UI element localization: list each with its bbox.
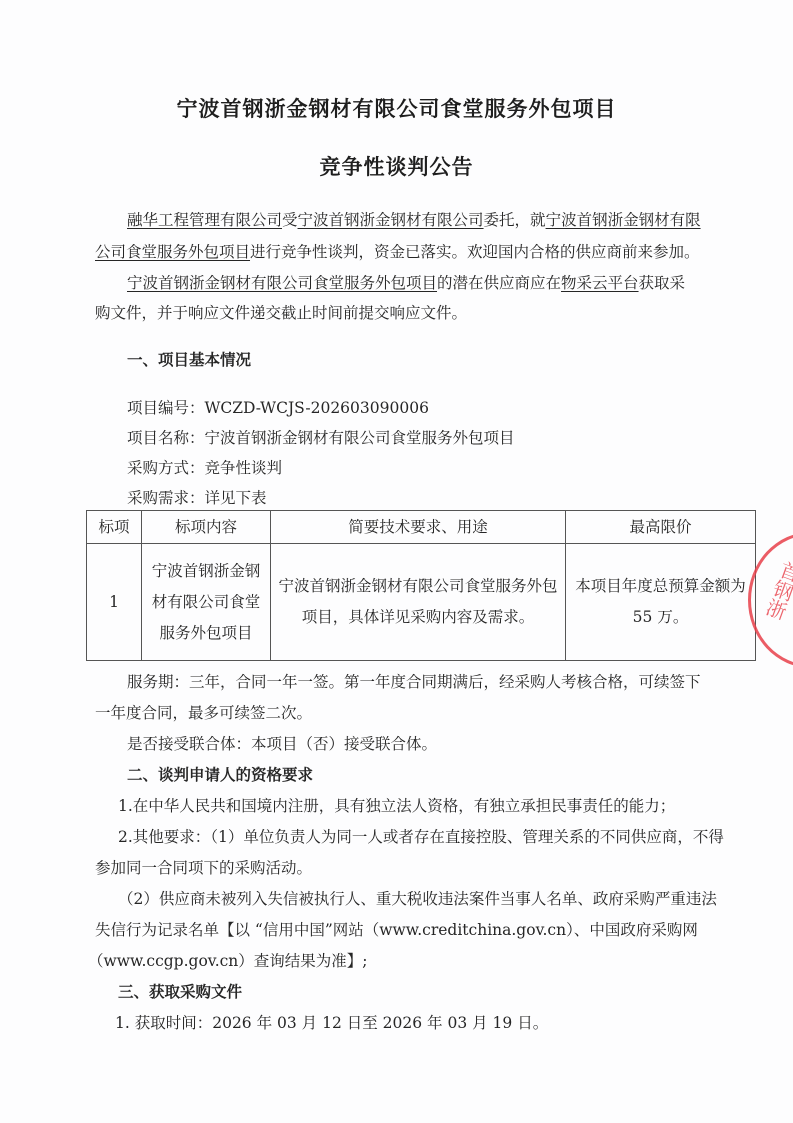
buyer-name: 宁波首钢浙金钢材有限公司 bbox=[298, 211, 484, 229]
intro-paragraph-1-line-2: 公司食堂服务外包项目进行竞争性谈判，资金已落实。欢迎国内合格的供应商前来参加。 bbox=[95, 242, 735, 262]
qualification-item-2-line-5: （www.ccgp.gov.cn）查询结果为准】; bbox=[88, 951, 728, 971]
procurement-demand: 采购需求：详见下表 bbox=[127, 488, 767, 508]
document-page: 宁波首钢浙金钢材有限公司食堂服务外包项目 竞争性谈判公告 融华工程管理有限公司受… bbox=[0, 0, 793, 1123]
intro-paragraph-2-line-1: 宁波首钢浙金钢材有限公司食堂服务外包项目的潜在供应商应在物采云平台获取采 bbox=[127, 273, 767, 293]
document-title: 宁波首钢浙金钢材有限公司食堂服务外包项目 bbox=[0, 93, 793, 123]
qualification-item-2-line-2: 参加同一合同项下的采购活动。 bbox=[95, 858, 735, 878]
consortium-statement: 是否接受联合体：本项目（否）接受联合体。 bbox=[127, 734, 767, 754]
cell-lot: 1 bbox=[87, 544, 142, 661]
table-row: 1 宁波首钢浙金钢材有限公司食堂服务外包项目 宁波首钢浙金钢材有限公司食堂服务外… bbox=[87, 544, 756, 661]
requirements-table: 标项 标项内容 简要技术要求、用途 最高限价 1 宁波首钢浙金钢材有限公司食堂服… bbox=[86, 510, 756, 661]
document-subtitle: 竞争性谈判公告 bbox=[0, 151, 793, 181]
section-1-heading: 一、项目基本情况 bbox=[127, 350, 767, 370]
qualification-item-1: 1.在中华人民共和国境内注册，具有独立法人资格，有独立承担民事责任的能力； bbox=[118, 796, 758, 816]
agency-name: 融华工程管理有限公司 bbox=[127, 211, 282, 229]
service-period-line-2: 一年度合同，最多可续签二次。 bbox=[95, 703, 735, 723]
platform-name: 物采云平台 bbox=[561, 274, 639, 292]
section-2-heading: 二、谈判申请人的资格要求 bbox=[127, 765, 767, 785]
procurement-method: 采购方式：竞争性谈判 bbox=[127, 458, 767, 478]
intro-paragraph-1-line-1: 融华工程管理有限公司受宁波首钢浙金钢材有限公司委托，就宁波首钢浙金钢材有限 bbox=[127, 210, 767, 230]
header-requirement: 简要技术要求、用途 bbox=[271, 511, 566, 544]
project-name: 项目名称：宁波首钢浙金钢材有限公司食堂服务外包项目 bbox=[127, 428, 767, 448]
header-lot: 标项 bbox=[87, 511, 142, 544]
qualification-item-2-line-1: 2.其他要求：（1）单位负责人为同一人或者存在直接控股、管理关系的不同供应商，不… bbox=[118, 827, 758, 847]
table-header-row: 标项 标项内容 简要技术要求、用途 最高限价 bbox=[87, 511, 756, 544]
service-period-line-1: 服务期：三年，合同一年一签。第一年度合同期满后，经采购人考核合格，可续签下 bbox=[127, 672, 767, 692]
cell-content: 宁波首钢浙金钢材有限公司食堂服务外包项目 bbox=[142, 544, 271, 661]
cell-requirement: 宁波首钢浙金钢材有限公司食堂服务外包项目，具体详见采购内容及需求。 bbox=[271, 544, 566, 661]
section-3-heading: 三、获取采购文件 bbox=[118, 982, 758, 1002]
acquisition-time: 1. 获取时间：2026 年 03 月 12 日至 2026 年 03 月 19… bbox=[115, 1013, 755, 1033]
qualification-item-2-line-3: （2）供应商未被列入失信被执行人、重大税收违法案件当事人名单、政府采购严重违法 bbox=[118, 889, 758, 909]
header-content: 标项内容 bbox=[142, 511, 271, 544]
project-number: 项目编号：WCZD-WCJS-202603090006 bbox=[127, 398, 767, 418]
qualification-item-2-line-4: 失信行为记录名单【以 “信用中国”网站（www.creditchina.gov.… bbox=[95, 920, 735, 940]
intro-paragraph-2-line-2: 购文件，并于响应文件递交截止时间前提交响应文件。 bbox=[95, 303, 735, 323]
project-name-link: 宁波首钢浙金钢材有限 bbox=[546, 211, 701, 229]
cell-max-price: 本项目年度总预算金额为 55 万。 bbox=[566, 544, 756, 661]
header-max-price: 最高限价 bbox=[566, 511, 756, 544]
